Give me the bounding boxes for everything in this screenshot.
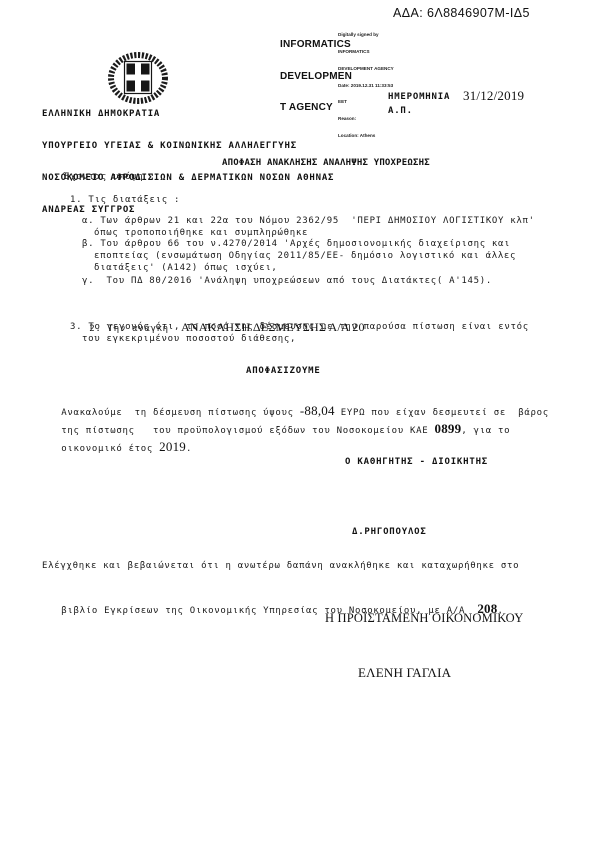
stamp-detail-line: Digitally signed by	[338, 32, 394, 38]
decision-line-3: οικονομικό έτος 2019.	[42, 417, 192, 455]
page: { "page": { "ada": "ΑΔΑ: 6Λ8846907Μ-ΙΔ5"…	[0, 0, 595, 842]
decision-line-3-post: .	[186, 444, 192, 454]
stamp-detail-line: INFORMATICS	[338, 49, 394, 55]
list-item-1b-line2: εποπτείας (ενσωμάτωση Οδηγίας 2011/85/ΕΕ…	[94, 251, 516, 261]
director-title: Ο ΚΑΘΗΓΗΤΗΣ - ΔΙΟΙΚΗΤΗΣ	[345, 457, 488, 467]
list-item-1c: γ. Του ΠΔ 80/2016 'Ανάληψη υποχρεώσεων α…	[82, 276, 492, 286]
stamp-detail-line: EET	[338, 99, 394, 105]
finance-officer-title: Η ΠΡΟΪΣΤΑΜΕΝΗ ΟΙΚΟΝΟΜΙΚΟΥ	[325, 611, 524, 626]
org-name-line: ΑΝΔΡΕΑΣ ΣΥΓΓΡΟΣ	[42, 204, 334, 216]
list-item-3-line1: 3. Το γεγονός ότι, το ποσό της δέσμευσης…	[70, 322, 529, 332]
stamp-detail-line: Date: 2019.12.31 11:33:53	[338, 83, 394, 89]
list-item-1: 1. Τις διατάξεις :	[70, 195, 180, 205]
decision-line-3-pre: οικονομικό έτος	[61, 444, 159, 454]
document-title: ΑΠΟΦΑΣΗ ΑΝΑΚΛΗΣΗΣ ΑΝΑΛΗΨΗΣ ΥΠΟΧΡΕΩΣΗΣ	[222, 158, 430, 168]
signature-stamp-details: Digitally signed by INFORMATICS DEVELOPM…	[338, 21, 394, 144]
decision-heading: ΑΠΟΦΑΣΙΖΟΥΜΕ	[246, 366, 321, 376]
header-organisation: ΕΛΛΗΝΙΚΗ ΔΗΜΟΚΡΑΤΙΑ ΥΠΟΥΡΓΕΙΟ ΥΓΕΙΑΣ & Κ…	[42, 88, 334, 226]
list-item-1a-line1: α. Των άρθρων 21 και 22α του Νόμου 2362/…	[82, 216, 535, 226]
finance-officer-name: ΕΛΕΝΗ ΓΑΓΛΙΑ	[358, 665, 451, 681]
org-name-line: ΥΠΟΥΡΓΕΙΟ ΥΓΕΙΑΣ & ΚΟΙΝΩΝΙΚΗΣ ΑΛΛΗΛΕΓΓΥΗ…	[42, 140, 334, 152]
org-name-line: ΕΛΛΗΝΙΚΗ ΔΗΜΟΚΡΑΤΙΑ	[42, 108, 334, 120]
date-value: 31/12/2019	[463, 88, 524, 104]
list-item-1a-line2: όπως τροποποιήθηκε και συμπληρώθηκε	[94, 228, 308, 238]
stamp-detail-line: DEVELOPMENT AGENCY	[338, 66, 394, 72]
year-value: 2019	[159, 439, 186, 454]
director-name: Δ.ΡΗΓΟΠΟΥΛΟΣ	[352, 527, 427, 537]
verification-line-1: Ελέγχθηκε και βεβαιώνεται ότι η ανωτέρω …	[42, 561, 519, 571]
list-item-1b-line1: β. Του άρθρου 66 του ν.4270/2014 'Αρχές …	[82, 239, 510, 249]
having-regard-text: Έχοντας υπόψη :	[64, 172, 156, 182]
decision-line-2-post: , για το	[461, 426, 510, 436]
ada-number: ΑΔΑ: 6Λ8846907Μ-ΙΔ5	[393, 6, 530, 20]
protocol-label: Α.Π.	[388, 106, 413, 116]
stamp-detail-line: Location: Athens	[338, 133, 394, 139]
date-label: ΗΜΕΡΟΜΗΝΙΑ	[388, 92, 450, 102]
list-item-1b-line3: διατάξεις' (Α142) όπως ισχύει,	[94, 263, 278, 273]
stamp-detail-line: Reason:	[338, 116, 394, 122]
list-item-3-line2: του εγκεκριμένου ποσοστού διάθεσης,	[82, 334, 296, 344]
kae-value: 0899	[435, 421, 462, 436]
